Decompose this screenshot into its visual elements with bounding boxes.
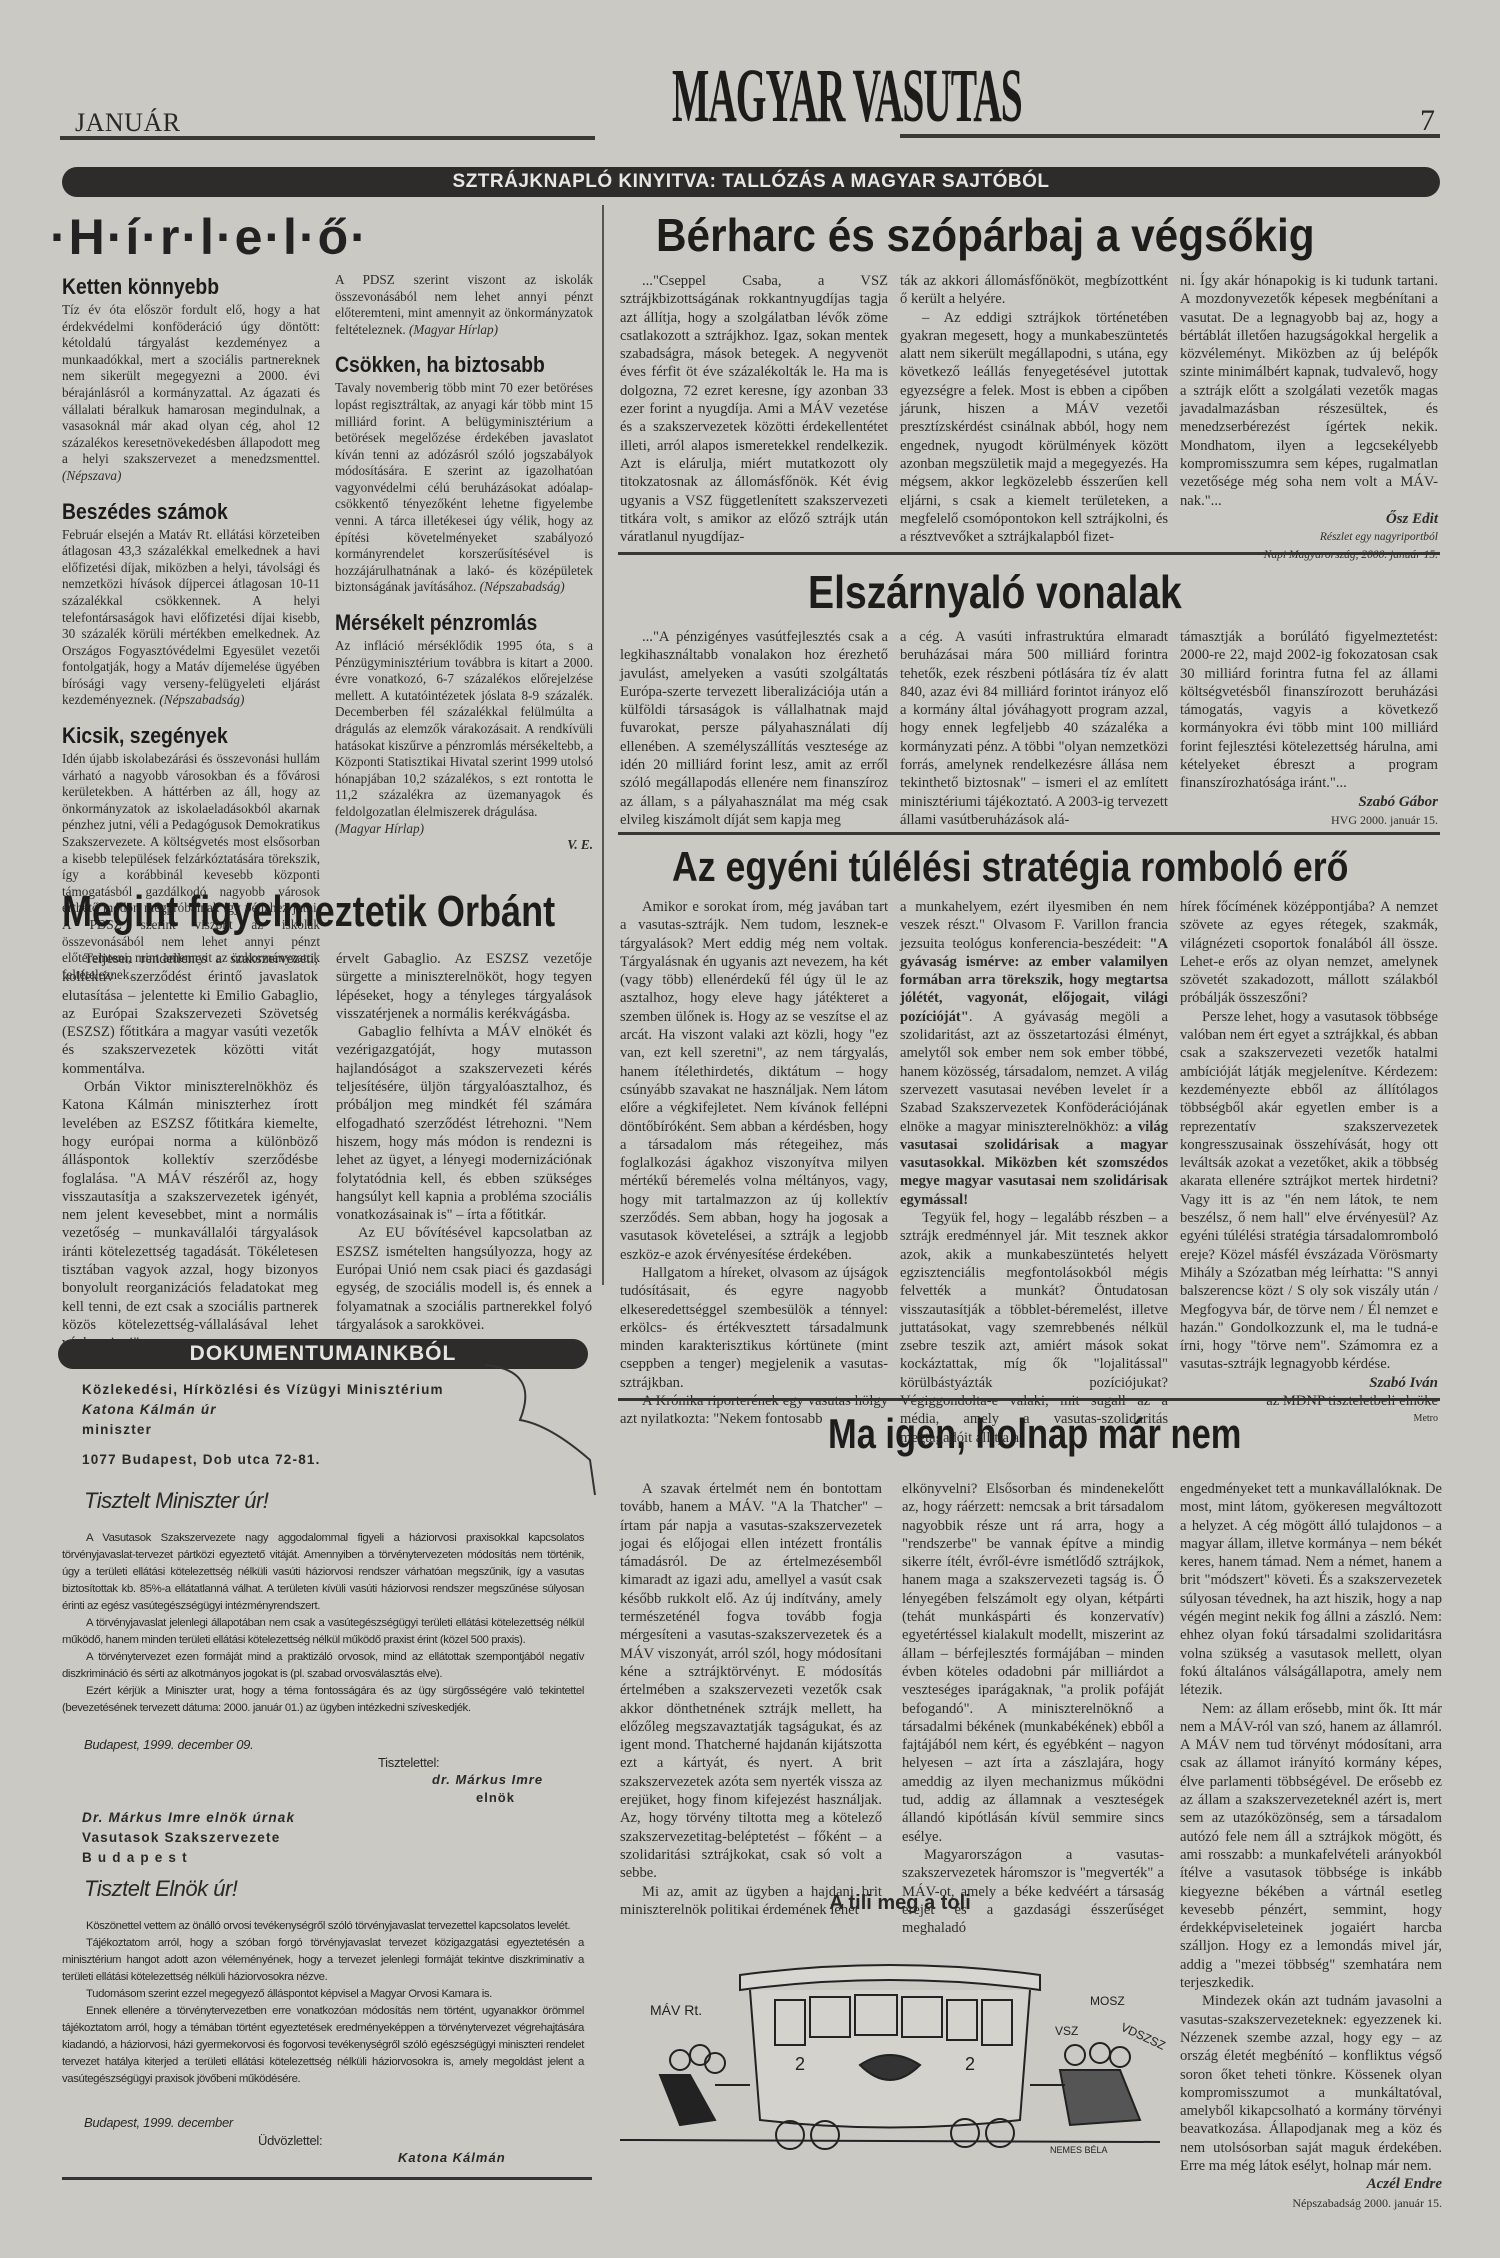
author: Ősz Edit (1180, 510, 1438, 528)
headline-elszarnyalo: Elszárnyaló vonalak (808, 565, 1182, 619)
headline-egyeni: Az egyéni túlélési stratégia romboló erő (672, 843, 1348, 891)
letter1-street: 1077 Budapest, Dob utca 72-81. (82, 1452, 321, 1467)
article-divider (618, 1398, 1440, 1401)
egyeni-column-2: a munkahelyem, ezért ilyesmiben én nem v… (900, 898, 1168, 1447)
elszarnyalo-column-3: támasztják a borúlátó figyelmeztetést: 2… (1180, 628, 1438, 829)
documents-bottom-rule (62, 2177, 592, 2180)
page-number: 7 (1420, 104, 1435, 138)
elszarnyalo-column-2: a cég. A vasúti infrastruktúra elmaradt … (900, 628, 1168, 829)
news-body-continued: Idén újabb iskolabezárási és összevonási… (335, 272, 593, 338)
news-body: Idén újabb iskolabezárási és összevonási… (62, 751, 320, 983)
source: Népszabadság 2000. január 15. (1180, 2194, 1442, 2212)
letter2-signer: Katona Kálmán (398, 2150, 506, 2165)
cartoon-illustration: MÁV Rt. 2 2 VSZ MOSZ VDSZSZ NEMES BÉLA (620, 1935, 1180, 2155)
letter1-date: Budapest, 1999. december 09. (84, 1737, 253, 1752)
news-body: Az infláció mérséklődik 1995 óta, s a Pé… (335, 638, 593, 821)
cartoon-label-mosz: MOSZ (1090, 1994, 1125, 2008)
news-source: (Népszava) (62, 468, 121, 483)
letter2-salutation: Tisztelt Elnök úr! (84, 1876, 237, 1902)
issue-month: JANUÁR (75, 108, 181, 138)
maigen-column-1: A szavak értelmét nem én bontottam továb… (620, 1480, 882, 1919)
column-separator (602, 205, 604, 1285)
letter1-address: Közlekedési, Hírközlési és Vízügyi Minis… (82, 1380, 444, 1440)
news-body: Február elsején a Matáv Rt. ellátási kör… (62, 527, 320, 710)
letter1-signer-title: elnök (476, 1790, 515, 1805)
news-heading: Beszédes számok (62, 499, 289, 525)
car-number-right: 2 (965, 2054, 975, 2074)
hirelo-column-1: Ketten könnyebb Tíz év óta először fordu… (62, 272, 320, 983)
letter2-closing: Üdvözlettel: (258, 2133, 322, 2148)
headline-berharc: Bérharc és szópárbaj a végsőkig (656, 208, 1315, 262)
cartoon-artist: NEMES BÉLA (1050, 2145, 1108, 2155)
author: Szabó Gábor (1180, 793, 1438, 811)
news-source: (Népszabadság) (159, 692, 244, 707)
author: Szabó Iván (1180, 1374, 1438, 1392)
newspaper-page: JANUÁR MAGYAR VASUTAS 7 SZTRÁJKNAPLÓ KIN… (0, 0, 1500, 2258)
letter2-body: Köszönettel vettem az önálló orvosi tevé… (62, 1918, 584, 2088)
megint-column-1: Teljesen rendellenes a szakszervezeti, k… (62, 950, 318, 1353)
news-body: Tavaly novemberig több mint 70 ezer betö… (335, 380, 593, 596)
egyeni-column-3: hírek főcímének középpontjába? A nemzet … (1180, 898, 1438, 1429)
source: Részlet egy nagyriportból (1180, 528, 1438, 546)
news-source: (Magyar Hírlap) (335, 821, 593, 838)
article-divider (618, 552, 1440, 555)
news-heading: Csökken, ha biztosabb (335, 352, 562, 378)
car-number-left: 2 (795, 2054, 805, 2074)
masthead-rule-right (900, 134, 1440, 138)
letter2-date: Budapest, 1999. december (84, 2115, 233, 2130)
cartoon-label-vsz: VSZ (1055, 2024, 1078, 2038)
headline-maigen: Ma igen, holnap már nem (828, 1410, 1241, 1458)
author-title: az MDNP tiszteletbeli elnöke (1180, 1392, 1438, 1410)
cartoon-label-mav: MÁV Rt. (650, 2002, 702, 2018)
egyeni-column-1: Amikor e sorokat írom, még javában tart … (620, 898, 888, 1429)
headline-megint: Megint figyelmeztetik Orbánt (62, 887, 555, 937)
letter1-body: A Vasutasok Szakszervezete nagy aggodalo… (62, 1530, 584, 1717)
source: Napi Magyarország, 2000. január 15. (1180, 546, 1438, 564)
hirelo-section-title: ·H·í·r·l·e·l·ő· (50, 208, 590, 266)
maigen-column-3: engedményeket tett a munkavállalóknak. D… (1180, 1480, 1442, 2212)
section-banner: SZTRÁJKNAPLÓ KINYITVA: TALLÓZÁS A MAGYAR… (62, 167, 1440, 197)
letter1-signer: dr. Márkus Imre (432, 1772, 543, 1787)
article-divider (618, 832, 1440, 835)
news-heading: Mérsékelt pénzromlás (335, 610, 562, 636)
berharc-column-1: ..."Cseppel Csaba, a VSZ sztrájkbizottsá… (620, 272, 888, 546)
letter2-address: Dr. Márkus Imre elnök úrnak Vasutasok Sz… (82, 1808, 295, 1868)
megint-column-2: érvelt Gabaglio. Az ESZSZ vezetője sürge… (336, 950, 592, 1334)
newspaper-title: MAGYAR VASUTAS (672, 48, 828, 144)
author: Aczél Endre (1180, 2175, 1442, 2193)
source: HVG 2000. január 15. (1180, 811, 1438, 829)
letter1-salutation: Tisztelt Miniszter úr! (84, 1488, 268, 1514)
maigen-column-2: elkönyvelni? Elsősorban és mindenekelőtt… (902, 1480, 1164, 1937)
news-heading: Kicsik, szegények (62, 723, 289, 749)
masthead-rule-left (60, 136, 595, 140)
page-curl-decoration (480, 1360, 600, 1500)
elszarnyalo-column-1: ..."A pénzigényes vasútfejlesztés csak a… (620, 628, 888, 829)
news-source: (Népszabadság) (480, 579, 565, 594)
berharc-column-3: ni. Így akár hónapokig is ki tudunk tart… (1180, 272, 1438, 565)
berharc-column-2: ták az akkori állomásfőnököt, megbízottk… (900, 272, 1168, 546)
hirelo-column-2: Idén újabb iskolabezárási és összevonási… (335, 272, 593, 872)
letter1-closing: Tisztelettel: (378, 1755, 439, 1770)
cartoon-title: A tili meg a toli (780, 1892, 1020, 1915)
news-body: Tíz év óta először fordult elő, hogy a h… (62, 302, 320, 485)
section-signature: V. E. (335, 837, 593, 854)
news-heading: Ketten könnyebb (62, 274, 289, 300)
